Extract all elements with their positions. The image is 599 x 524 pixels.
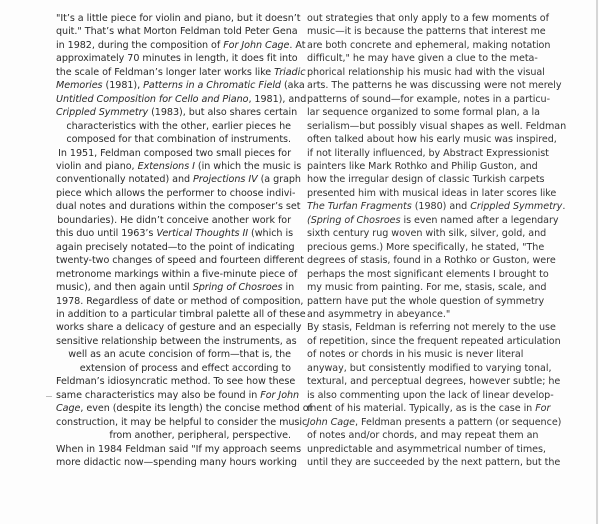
- text-line: well as an acute concision of form—that …: [56, 348, 291, 361]
- text-run: violin and piano,: [56, 161, 138, 172]
- italic-title: John Cage: [307, 417, 355, 428]
- text-line: this duo until 1963’s Vertical Thoughts …: [56, 227, 291, 240]
- text-run: music—it is because the patterns that in…: [307, 26, 546, 37]
- text-line: Cage, even (despite its length) the conc…: [56, 402, 291, 415]
- text-run: unpredictable and asymmetrical number of…: [307, 444, 546, 455]
- text-line: sixth century rug woven with silk, silve…: [307, 227, 547, 240]
- text-line: violin and piano, Extensions I (in which…: [56, 160, 291, 173]
- text-run: again precisely notated—to the point of …: [56, 242, 295, 253]
- italic-title: Patterns in a Chromatic Field: [143, 80, 281, 91]
- text-run: boundaries). He didn’t conceive another …: [57, 215, 291, 226]
- text-run: characteristics with the other, earlier …: [66, 121, 291, 132]
- text-run: the scale of Feldman’s longer later work…: [56, 67, 274, 78]
- text-line: When in 1984 Feldman said "If my approac…: [56, 443, 291, 456]
- text-run: quit." That’s what Morton Feldman told P…: [56, 26, 298, 37]
- text-run: arts. The patterns he was discussing wer…: [307, 80, 562, 91]
- text-line: difficult," he may have given a clue to …: [307, 52, 547, 65]
- text-run: "It’s a little piece for violin and pian…: [56, 13, 300, 24]
- margin-mark: [46, 396, 52, 397]
- text-line: music), and then again until Spring of C…: [56, 281, 291, 294]
- text-run: extension of process and effect accordin…: [80, 363, 291, 374]
- text-line: boundaries). He didn’t conceive another …: [56, 214, 291, 227]
- text-run: (a graph: [258, 174, 301, 185]
- text-line: quit." That’s what Morton Feldman told P…: [56, 25, 291, 38]
- text-line: my music from painting. For me, stasis, …: [307, 281, 547, 294]
- text-run: pattern have put the whole question of s…: [307, 296, 544, 307]
- text-run: ment of his material. Typically, as is t…: [307, 403, 535, 414]
- text-run: from another, peripheral, perspective.: [109, 430, 291, 441]
- text-run: well as an acute concision of form—that …: [68, 349, 291, 360]
- text-line: in 1982, during the composition of For J…: [56, 39, 291, 52]
- text-run: is even named after a legendary: [400, 215, 558, 226]
- text-line: The Turfan Fragments (1980) and Crippled…: [307, 200, 547, 213]
- text-line: lar sequence organized to some formal pl…: [307, 106, 547, 119]
- text-run: conventionally notated) and: [56, 174, 193, 185]
- text-line: patterns of sound—for example, notes in …: [307, 93, 547, 106]
- text-run: of notes or chords in his music is never…: [307, 349, 523, 360]
- text-line: painters like Mark Rothko and Philip Gus…: [307, 160, 547, 173]
- text-run: (aka: [281, 80, 305, 91]
- text-run: painters like Mark Rothko and Philip Gus…: [307, 161, 538, 172]
- italic-title: The Turfan Fragments: [307, 201, 412, 212]
- italic-title: Cage: [56, 403, 80, 414]
- text-line: Memories (1981), Patterns in a Chromatic…: [56, 79, 291, 92]
- text-run: In 1951, Feldman composed two small piec…: [58, 148, 291, 159]
- italic-title: Untitled Composition for Cello and Piano: [56, 94, 248, 105]
- text-line: composed for that combination of instrum…: [56, 133, 291, 146]
- text-line: degrees of stasis, found in a Rothko or …: [307, 254, 547, 267]
- text-run: works share a delicacy of gesture and an…: [56, 322, 301, 333]
- italic-title: Crippled Symmetry: [56, 107, 148, 118]
- text-run: difficult," he may have given a clue to …: [307, 53, 538, 64]
- text-run: precious gems.) More specifically, he st…: [307, 242, 544, 253]
- text-line: construction, it may be helpful to consi…: [56, 416, 291, 429]
- italic-title: Projections IV: [193, 174, 258, 185]
- text-line: characteristics with the other, earlier …: [56, 120, 291, 133]
- text-line: from another, peripheral, perspective.: [56, 429, 291, 442]
- text-run: how the irregular design of classic Turk…: [307, 174, 544, 185]
- text-run: is also commenting upon the lack of line…: [307, 390, 554, 401]
- text-run: serialism—but possibly visual shapes as …: [307, 121, 566, 132]
- text-run: of repetition, since the frequent repeat…: [307, 336, 561, 347]
- text-run: are both concrete and ephemeral, making …: [307, 40, 550, 51]
- text-line: dual notes and durations within the comp…: [56, 200, 291, 213]
- text-line: in addition to a particular timbral pale…: [56, 308, 291, 321]
- text-line: metronome markings within a five-minute …: [56, 268, 291, 281]
- text-run: piece which allows the performer to choo…: [56, 188, 295, 199]
- text-line: out strategies that only apply to a few …: [307, 12, 547, 25]
- italic-title: For John: [260, 390, 299, 401]
- text-run: , Feldman presents a pattern (or sequenc…: [355, 417, 561, 428]
- text-line: are both concrete and ephemeral, making …: [307, 39, 547, 52]
- text-run: in addition to a particular timbral pale…: [56, 309, 306, 320]
- text-run: more didactic now—spending many hours wo…: [56, 457, 297, 468]
- italic-title: For: [535, 403, 550, 414]
- text-run: When in 1984 Feldman said "If my approac…: [56, 444, 301, 455]
- text-line: (Spring of Chosroes is even named after …: [307, 214, 547, 227]
- text-run: textural, and perceptual degrees, howeve…: [307, 376, 560, 387]
- text-line: pattern have put the whole question of s…: [307, 295, 547, 308]
- book-page: "It’s a little piece for violin and pian…: [0, 0, 599, 524]
- text-run: and asymmetry in abeyance.": [307, 309, 450, 320]
- text-run: in: [282, 282, 294, 293]
- text-run: patterns of sound—for example, notes in …: [307, 94, 550, 105]
- text-line: of notes or chords in his music is never…: [307, 348, 547, 361]
- text-run: .: [562, 201, 565, 212]
- text-line: twenty-two changes of speed and fourteen…: [56, 254, 291, 267]
- text-line: textural, and perceptual degrees, howeve…: [307, 375, 547, 388]
- text-run: 1978. Regardless of date or method of co…: [56, 296, 303, 307]
- italic-title: Extensions I: [138, 161, 195, 172]
- text-line: is also commenting upon the lack of line…: [307, 389, 547, 402]
- text-run: in 1982, during the composition of: [56, 40, 223, 51]
- right-text-column: out strategies that only apply to a few …: [307, 12, 547, 469]
- text-line: approximately 70 minutes in length, it d…: [56, 52, 291, 65]
- text-line: By stasis, Feldman is referring not mere…: [307, 321, 547, 334]
- text-line: if not literally influenced, by Abstract…: [307, 147, 547, 160]
- text-run: (1983), but also shares certain: [148, 107, 297, 118]
- text-line: often talked about how his early music w…: [307, 133, 547, 146]
- text-line: conventionally notated) and Projections …: [56, 173, 291, 186]
- text-line: arts. The patterns he was discussing wer…: [307, 79, 547, 92]
- text-run: until they are succeeded by the next pat…: [307, 457, 560, 468]
- text-line: In 1951, Feldman composed two small piec…: [56, 147, 291, 160]
- italic-title: Spring of Chosroes: [193, 282, 283, 293]
- text-line: Feldman’s idiosyncratic method. To see h…: [56, 375, 291, 388]
- text-run: , 1981), and: [248, 94, 306, 105]
- text-run: same characteristics may also be found i…: [56, 390, 260, 401]
- text-run: By stasis, Feldman is referring not mere…: [307, 322, 556, 333]
- text-run: often talked about how his early music w…: [307, 134, 557, 145]
- text-line: presented him with musical ideas in late…: [307, 187, 547, 200]
- text-run: approximately 70 minutes in length, it d…: [56, 53, 298, 64]
- text-run: dual notes and durations within the comp…: [56, 201, 300, 212]
- italic-title: For John Cage: [223, 40, 289, 51]
- italic-title: (Spring of Chosroes: [307, 215, 400, 226]
- text-line: John Cage, Feldman presents a pattern (o…: [307, 416, 547, 429]
- text-line: of repetition, since the frequent repeat…: [307, 335, 547, 348]
- text-line: anyway, but consistently modified to var…: [307, 362, 547, 375]
- italic-title: Memories: [56, 80, 103, 91]
- text-line: "It’s a little piece for violin and pian…: [56, 12, 291, 25]
- text-run: out strategies that only apply to a few …: [307, 13, 549, 24]
- text-line: music—it is because the patterns that in…: [307, 25, 547, 38]
- left-text-column: "It’s a little piece for violin and pian…: [56, 12, 291, 469]
- text-line: same characteristics may also be found i…: [56, 389, 291, 402]
- page-edge-line: [596, 0, 598, 524]
- text-run: , even (despite its length) the concise …: [80, 403, 312, 414]
- italic-title: Triadic: [274, 67, 305, 78]
- italic-title: Vertical Thoughts II: [156, 228, 248, 239]
- text-line: extension of process and effect accordin…: [56, 362, 291, 375]
- text-run: music), and then again until: [56, 282, 193, 293]
- text-run: if not literally influenced, by Abstract…: [307, 148, 549, 159]
- text-run: lar sequence organized to some formal pl…: [307, 107, 540, 118]
- text-run: my music from painting. For me, stasis, …: [307, 282, 546, 293]
- text-line: of notes and/or chords, and may repeat t…: [307, 429, 547, 442]
- text-run: (which is: [248, 228, 293, 239]
- text-run: (1980) and: [412, 201, 471, 212]
- text-run: presented him with musical ideas in late…: [307, 188, 556, 199]
- text-run: construction, it may be helpful to consi…: [56, 417, 307, 428]
- text-line: piece which allows the performer to choo…: [56, 187, 291, 200]
- text-line: how the irregular design of classic Turk…: [307, 173, 547, 186]
- text-line: until they are succeeded by the next pat…: [307, 456, 547, 469]
- text-line: ment of his material. Typically, as is t…: [307, 402, 547, 415]
- text-run: this duo until 1963’s: [56, 228, 156, 239]
- text-run: anyway, but consistently modified to var…: [307, 363, 551, 374]
- text-run: Feldman’s idiosyncratic method. To see h…: [56, 376, 295, 387]
- text-run: sensitive relationship between the instr…: [56, 336, 297, 347]
- text-line: again precisely notated—to the point of …: [56, 241, 291, 254]
- text-run: (1981),: [103, 80, 144, 91]
- text-line: works share a delicacy of gesture and an…: [56, 321, 291, 334]
- text-line: and asymmetry in abeyance.": [307, 308, 547, 321]
- text-line: Untitled Composition for Cello and Piano…: [56, 93, 291, 106]
- text-line: 1978. Regardless of date or method of co…: [56, 295, 291, 308]
- text-line: more didactic now—spending many hours wo…: [56, 456, 291, 469]
- text-run: composed for that combination of instrum…: [66, 134, 291, 145]
- text-run: degrees of stasis, found in a Rothko or …: [307, 255, 556, 266]
- text-run: (in which the music is: [195, 161, 301, 172]
- text-run: metronome markings within a five-minute …: [56, 269, 297, 280]
- italic-title: Crippled Symmetry: [470, 201, 562, 212]
- text-line: unpredictable and asymmetrical number of…: [307, 443, 547, 456]
- text-line: perhaps the most significant elements I …: [307, 268, 547, 281]
- text-run: twenty-two changes of speed and fourteen…: [56, 255, 304, 266]
- text-run: perhaps the most significant elements I …: [307, 269, 549, 280]
- text-line: phorical relationship his music had with…: [307, 66, 547, 79]
- text-line: serialism—but possibly visual shapes as …: [307, 120, 547, 133]
- text-line: precious gems.) More specifically, he st…: [307, 241, 547, 254]
- text-line: the scale of Feldman’s longer later work…: [56, 66, 291, 79]
- text-run: sixth century rug woven with silk, silve…: [307, 228, 546, 239]
- text-run: . At: [289, 40, 305, 51]
- text-line: sensitive relationship between the instr…: [56, 335, 291, 348]
- text-run: of notes and/or chords, and may repeat t…: [307, 430, 538, 441]
- text-run: phorical relationship his music had with…: [307, 67, 545, 78]
- text-line: Crippled Symmetry (1983), but also share…: [56, 106, 291, 119]
